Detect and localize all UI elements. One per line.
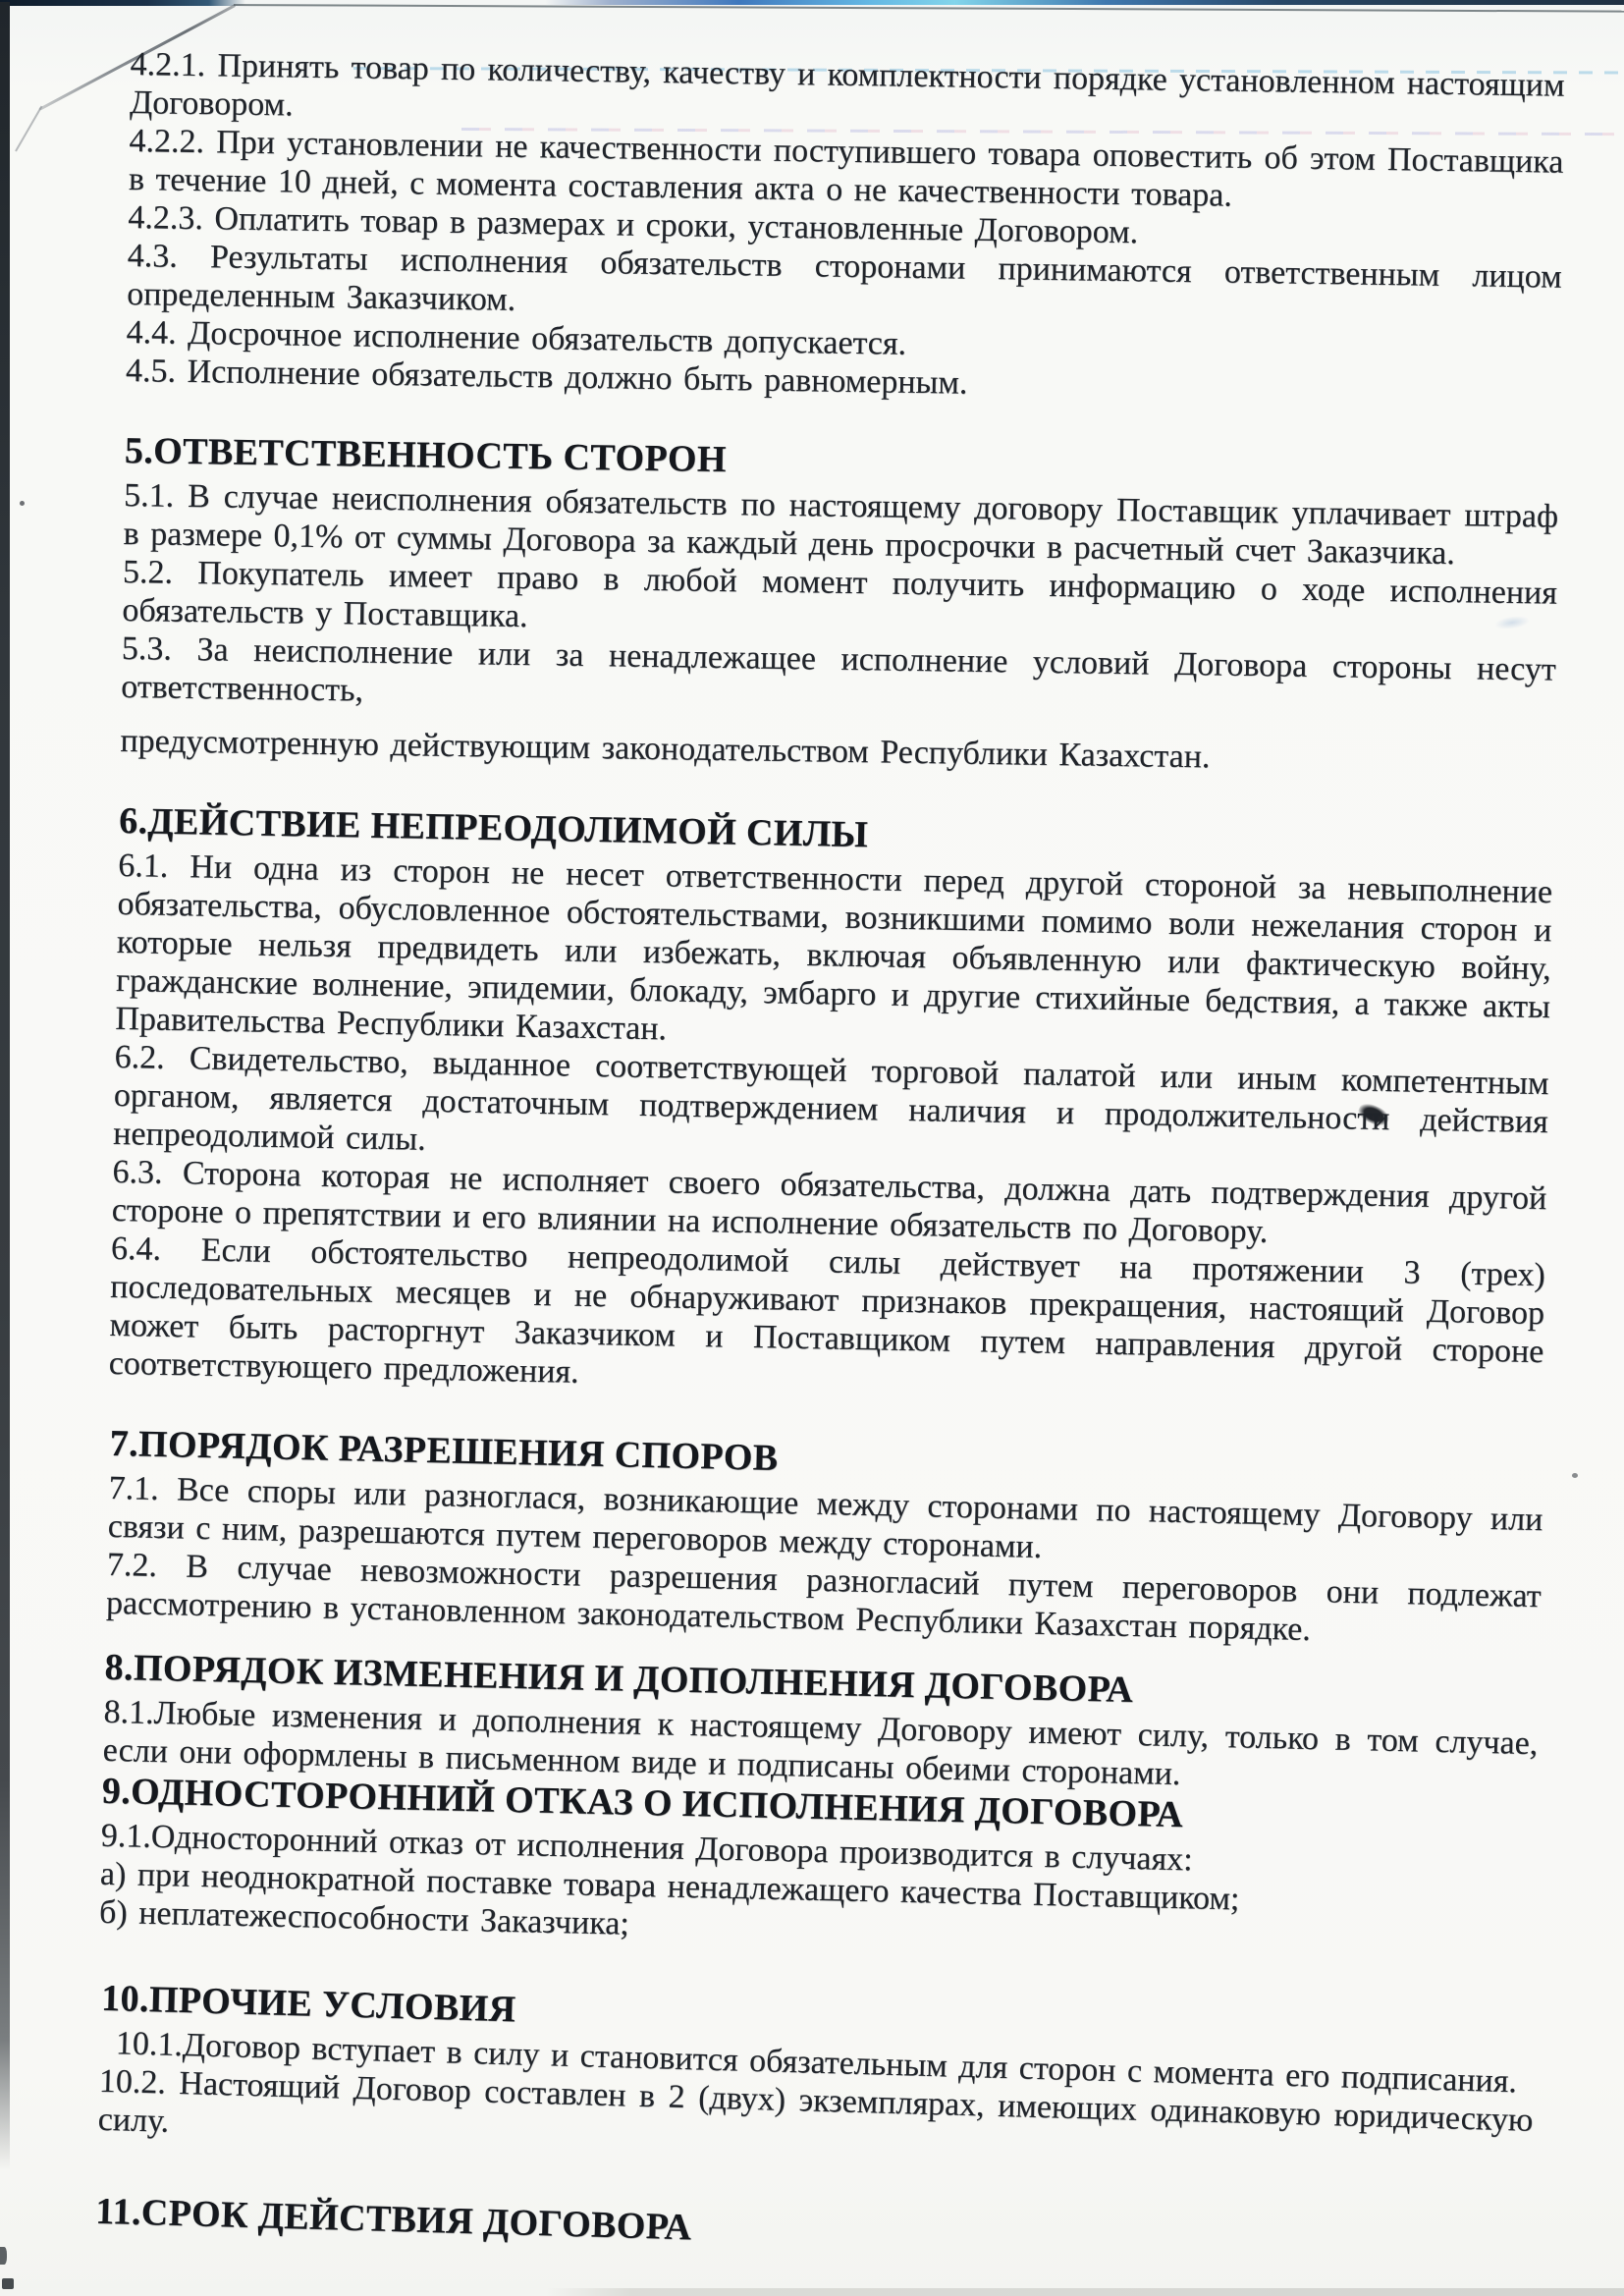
scanned-contract-page: 4.2.1. Принять товар по количеству, каче… bbox=[0, 0, 1624, 2296]
contract-text: 4.2.1. Принять товар по количеству, каче… bbox=[0, 0, 1624, 2259]
text-group-sections-7-9: 7.ПОРЯДОК РАЗРЕШЕНИЯ СПОРОВ7.1. Все спор… bbox=[99, 1422, 1544, 1963]
scan-speck-bottom-corner bbox=[2, 2278, 14, 2289]
scanner-top-edge-blue bbox=[545, 0, 1624, 5]
text-group-sections-10-11: 10.ПРОЧИЕ УСЛОВИЯ10.1.Договор вступает в… bbox=[95, 1977, 1537, 2272]
contract-paragraph: 6.4. Если обстоятельство непреодолимой с… bbox=[109, 1230, 1546, 1409]
contract-paragraph: предусмотренную действующим законодатель… bbox=[120, 722, 1554, 782]
section-heading: 11.СРОК ДЕЙСТВИЯ ДОГОВОРА bbox=[95, 2190, 1531, 2272]
text-group-section-6: 6.ДЕЙСТВИЕ НЕПРЕОДОЛИМОЙ СИЛЫ6.1. Ни одн… bbox=[109, 799, 1554, 1409]
scanner-bottom-edge bbox=[546, 2288, 1624, 2296]
text-group-sections-4-5: 4.2.1. Принять товар по количеству, каче… bbox=[120, 45, 1565, 782]
contract-paragraph: 6.1. Ни одна из сторон не несет ответств… bbox=[115, 847, 1552, 1065]
scan-speck-bottom-left bbox=[0, 2247, 7, 2265]
